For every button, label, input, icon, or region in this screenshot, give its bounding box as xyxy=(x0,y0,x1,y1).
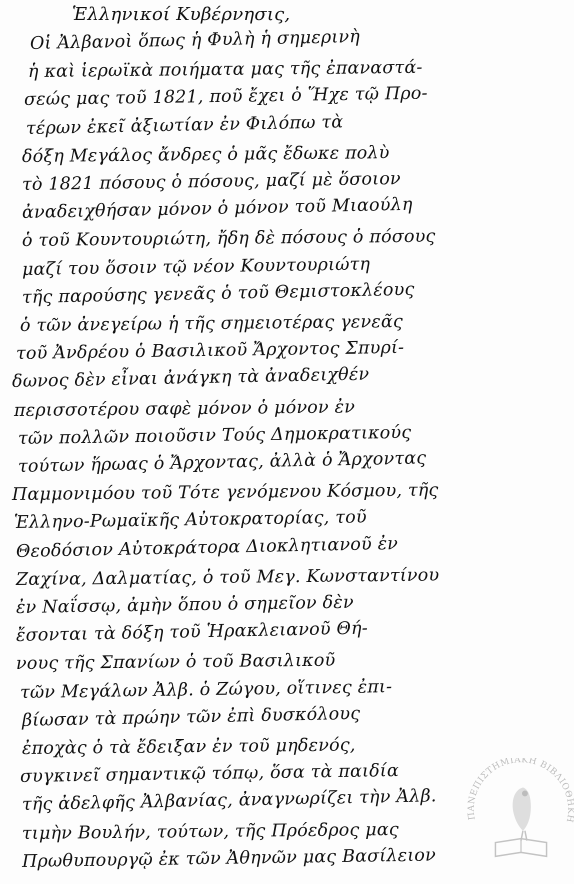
letter-line: τῆς ἀδελφῆς Ἀλβανίας, ἀναγνωρίζει τὴν Ἀλ… xyxy=(22,787,437,816)
letter-line: δόξη Μεγάλος ἄνδρες ὁ μᾶς ἔδωκε πολὺ xyxy=(22,143,390,167)
letter-line: τέρων ἐκεῖ ἀξιωτίαν ἐν Φιλόπω τὰ xyxy=(26,112,344,139)
letter-line: ἔσονται τὰ δόξη τοῦ Ἡρακλειανοῦ Θή- xyxy=(16,619,368,646)
letter-line: Θεοδόσιον Αὐτοκράτορα Διοκλητιανοῦ ἐν xyxy=(16,534,398,562)
letter-line: βίωσαν τὰ πρώην τῶν ἐπὶ δυσκόλους xyxy=(22,704,361,731)
letter-line: Παμμονιμόου τοῦ Τότε γενόμενου Κόσμου, τ… xyxy=(12,481,439,505)
letter-line: ἐν Ναΐσσῳ, ἀμὴν ὅπου ὁ σημεῖον δὲν xyxy=(16,593,354,618)
letter-line: τοῦ Ἀνδρέου ὁ Βασιλικοῦ Ἄρχοντος Σπυρί- xyxy=(16,338,405,364)
letter-line: Πρωθυπουργῷ ἐκ τῶν Ἀθηνῶν μας Βασίλειον xyxy=(22,845,436,871)
letter-line: σεώς μας τοῦ 1821, ποῦ ἔχει ὁ Ἥχε τῷ Προ… xyxy=(24,84,428,110)
letter-line: ἐποχὰς ὁ τὰ ἔδειξαν ἐν τοῦ μηδενός, xyxy=(22,736,356,759)
owl-on-book-icon: ΠΑΝΕΠΙΣΤΗΜΙΑΚΗ ΒΙΒΛΙΟΘΗΚΗ ΙΩΑΝΝΙΝΩΝ xyxy=(462,758,574,876)
letter-line: δωνος δὲν εἶναι ἀνάγκη τὰ ἀναδειχθέν xyxy=(12,365,370,392)
letter-line: μαζί του ὅσοιν τῷ νέον Κουντουριώτη xyxy=(22,254,370,279)
letter-line: ὁ τῶν ἀνεγείρω ἡ τῆς σημειοτέρας γενεᾶς xyxy=(20,312,403,336)
letter-line: ἀναδειχθήσαν μόνον ὁ μόνον τοῦ Μιαούλη xyxy=(22,195,413,223)
letter-line: Οἱ Ἀλβανοὶ ὅπως ἡ Φυλὴ ἡ σημερινὴ xyxy=(30,27,360,54)
letter-line: τούτων ἥρωας ὁ Ἄρχοντας, ἀλλὰ ὁ Ἄρχοντας xyxy=(18,448,427,477)
letter-line: περισσοτέρου σαφὲ μόνον ὁ μόνον ἐν xyxy=(14,397,355,421)
letter-line: Ἑλληνο-Ρωμαϊκῆς Αὐτοκρατορίας, τοῦ xyxy=(14,508,367,534)
letter-line: ὁ τοῦ Κουντουριώτη, ἤδη δὲ πόσους ὁ πόσο… xyxy=(22,227,436,251)
letter-line: συγκινεῖ σημαντικῷ τόπῳ, ὅσα τὰ παιδία xyxy=(20,761,399,787)
letter-line: τιμὴν Βουλήν, τούτων, τῆς Πρόεδρος μας xyxy=(22,820,399,844)
letter-line: Ζαχίνα, Δαλματίας, ὁ τοῦ Μεγ. Κωνσταντίν… xyxy=(16,565,439,589)
letter-line: τῶν Μεγάλων Ἀλβ. ὁ Ζώγου, οἵτινες ἐπι- xyxy=(20,677,392,703)
letter-line: τὸ 1821 πόσους ὁ πόσους, μαζί μὲ ὅσοιον xyxy=(22,169,401,195)
handwritten-letter-page: Ἑλληνικοί Κυβέρνησις, Οἱ Ἀλβανοὶ ὅπως ἡ … xyxy=(0,0,574,884)
letter-line: νους τῆς Σπανίων ὁ τοῦ Βασιλικοῦ xyxy=(16,651,336,674)
letter-line: τῆς παρούσης γενεᾶς ὁ τοῦ Θεμιστοκλέους xyxy=(22,280,415,308)
salutation: Ἑλληνικοί Κυβέρνησις, xyxy=(72,4,290,25)
letter-line: τῶν πολλῶν ποιοῦσιν Τούς Δημοκρατικούς xyxy=(18,423,412,449)
letter-line: ἡ καὶ ἱερωϊκὰ ποιήματα μας τῆς ἐπαναστά- xyxy=(28,58,423,82)
library-stamp: ΠΑΝΕΠΙΣΤΗΜΙΑΚΗ ΒΙΒΛΙΟΘΗΚΗ ΙΩΑΝΝΙΝΩΝ xyxy=(462,758,574,876)
